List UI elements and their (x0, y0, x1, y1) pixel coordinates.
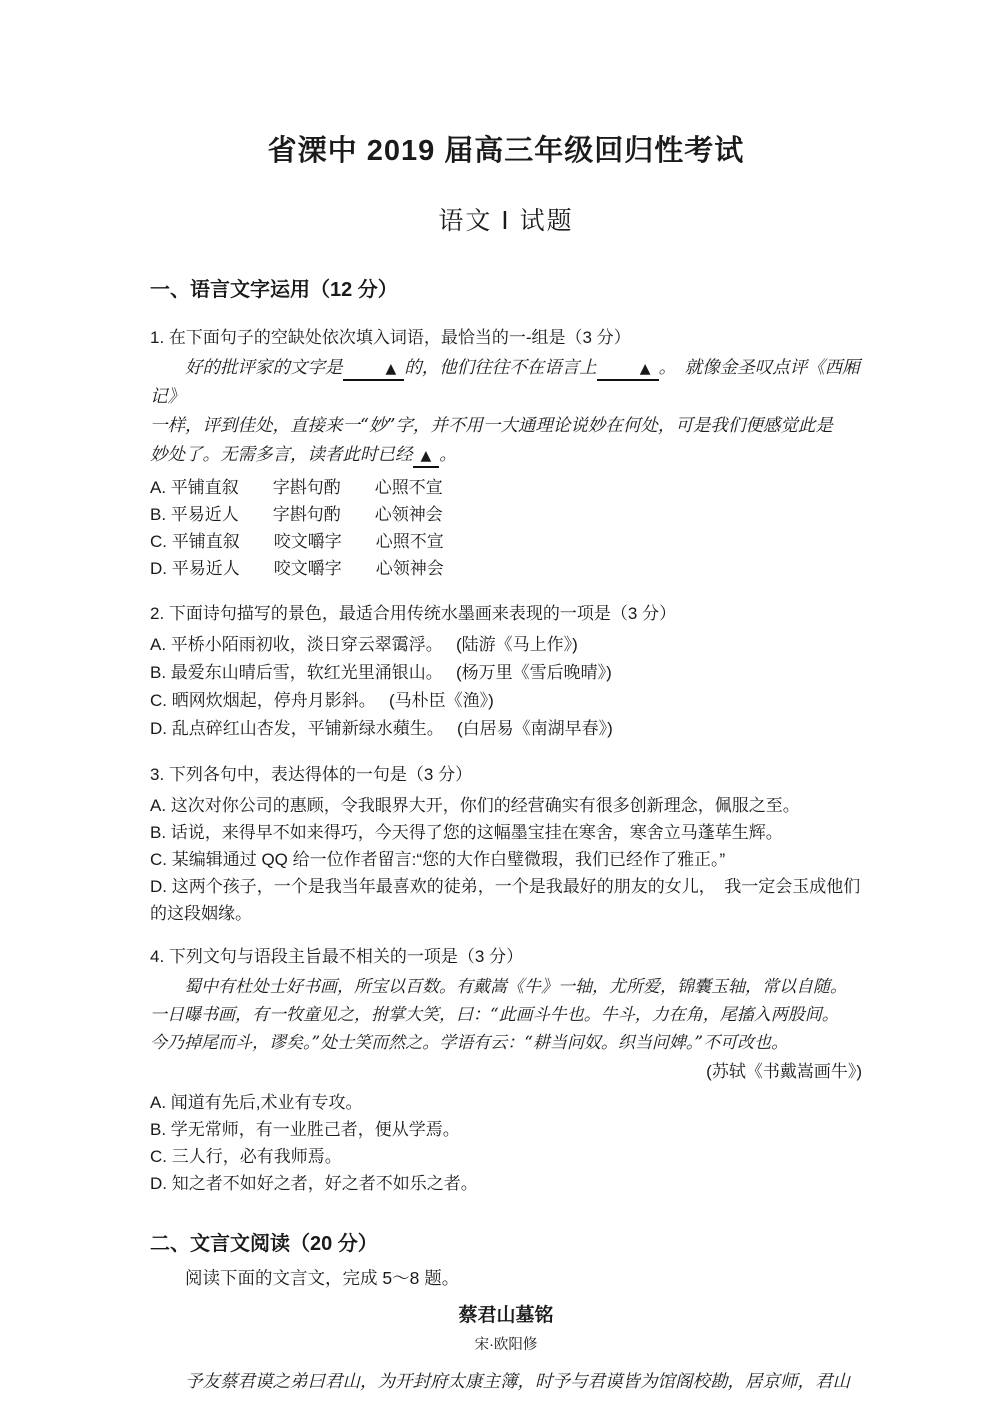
q4-passage-line-3: 今乃掉尾而斗，谬矣。”处士笑而然之。学语有云：“耕当问奴。织当问婢。”不可改也。 (150, 1029, 862, 1057)
question-4-stem: 4. 下列文句与语段主旨最不相关的一项是（3 分） (150, 943, 862, 970)
q2-option-b: B. 最爱东山晴后雪，软红光里涌银山。 (杨万里《雪后晚晴》) (150, 659, 862, 687)
q2-option-d: D. 乱点碎红山杏发，平铺新绿水蘋生。 (白居易《南湖早春》) (150, 715, 862, 743)
q2-option-a: A. 平桥小陌雨初收，淡日穿云翠霭浮。 (陆游《马上作》) (150, 631, 862, 659)
page-subtitle: 语文 Ⅰ 试题 (150, 201, 862, 237)
q1-blank-3: ▲ (413, 446, 440, 468)
q3-option-b: B. 话说，来得早不如来得巧，今天得了您的这幅墨宝挂在寒舍，寒舍立马蓬荜生辉。 (150, 819, 862, 846)
question-1-passage: 好的批评家的文字是▲的，他们往往不在语言上▲。 就像金圣叹点评《西厢记》 一样，… (150, 354, 862, 470)
q1-text-e: 妙处了。无需多言，读者此时已经 (150, 445, 413, 465)
q1-text-a: 好的批评家的文字是 (185, 358, 343, 378)
q1-blank-1: ▲ (343, 359, 405, 381)
question-2-stem: 2. 下面诗句描写的景色，最适合用传统水墨画来表现的一项是（3 分） (150, 600, 862, 627)
q1-option-d: D. 平易近人 咬文嚼字 心领神会 (150, 555, 862, 582)
q1-option-a: A. 平铺直叙 字斟句酌 心照不宣 (150, 474, 862, 501)
page-title: 省溧中 2019 届高三年级回归性考试 (150, 128, 862, 169)
q3-option-c: C. 某编辑通过 QQ 给一位作者留言:“您的大作白璧微瑕，我们已经作了雅正。” (150, 846, 862, 873)
q4-option-d: D. 知之者不如好之者，好之者不如乐之者。 (150, 1170, 862, 1197)
section-2-intro: 阅读下面的文言文，完成 5～8 题。 (150, 1264, 862, 1292)
q3-option-d: D. 这两个孩子，一个是我当年最喜欢的徒弟，一个是我最好的朋友的女儿， 我一定会… (150, 873, 862, 927)
q1-text-f: 。 (439, 445, 457, 465)
q4-option-c: C. 三人行，必有我师焉。 (150, 1143, 862, 1170)
q4-passage-line-1: 蜀中有杜处士好书画，所宝以百数。有戴嵩《牛》一轴，尤所爱，锦囊玉轴，常以自随。 (150, 973, 862, 1001)
q4-option-a: A. 闻道有先后,术业有专攻。 (150, 1089, 862, 1116)
classical-text-author: 宋·欧阳修 (150, 1333, 862, 1354)
classical-text-body: 予友蔡君谟之弟曰君山，为开封府太康主簿，时予与君谟皆为馆阁校勘，居京师，君山 (150, 1368, 862, 1397)
q1-passage-line-1: 好的批评家的文字是▲的，他们往往不在语言上▲。 就像金圣叹点评《西厢记》 (150, 354, 862, 412)
q3-option-a: A. 这次对你公司的惠顾，令我眼界大开，你们的经营确实有很多创新理念，佩服之至。 (150, 792, 862, 819)
question-3-stem: 3. 下列各句中，表达得体的一句是（3 分） (150, 761, 862, 788)
q4-source-attribution: (苏轼《书戴嵩画牛》) (150, 1058, 862, 1085)
q4-passage-line-2: 一日曝书画，有一牧童见之，拊掌大笑，曰：“此画斗牛也。牛斗，力在角，尾搐入两股间… (150, 1001, 862, 1029)
question-4-passage: 蜀中有杜处士好书画，所宝以百数。有戴嵩《牛》一轴，尤所爱，锦囊玉轴，常以自随。 … (150, 973, 862, 1057)
q2-option-c: C. 晒网炊烟起，停舟月影斜。 (马朴臣《渔》) (150, 687, 862, 715)
q1-option-b: B. 平易近人 字斟句酌 心领神会 (150, 501, 862, 528)
exam-paper-page: 省溧中 2019 届高三年级回归性考试 语文 Ⅰ 试题 一、语言文字运用（12 … (0, 0, 1000, 1414)
q1-passage-line-3: 妙处了。无需多言，读者此时已经▲。 (150, 441, 862, 470)
q1-passage-line-2: 一样，评到佳处，直接来一“妙”字，并不用一大通理论说妙在何处，可是我们便感觉此是 (150, 412, 862, 441)
q1-blank-2: ▲ (597, 359, 659, 381)
page-content: 省溧中 2019 届高三年级回归性考试 语文 Ⅰ 试题 一、语言文字运用（12 … (150, 0, 862, 1397)
q1-option-c: C. 平铺直叙 咬文嚼字 心照不宣 (150, 528, 862, 555)
classical-text-title: 蔡君山墓铭 (150, 1300, 862, 1327)
question-1-stem: 1. 在下面句子的空缺处依次填入词语，最恰当的一-组是（3 分） (150, 324, 862, 351)
question-2-options: A. 平桥小陌雨初收，淡日穿云翠霭浮。 (陆游《马上作》) B. 最爱东山晴后雪… (150, 631, 862, 743)
question-4-options: A. 闻道有先后,术业有专攻。 B. 学无常师，有一业胜己者，便从学焉。 C. … (150, 1089, 862, 1197)
section-1-heading: 一、语言文字运用（12 分） (150, 273, 862, 302)
section-2-heading: 二、文言文阅读（20 分） (150, 1227, 862, 1256)
q1-text-b: 的，他们往往不在语言上 (404, 358, 597, 378)
question-3-options: A. 这次对你公司的惠顾，令我眼界大开，你们的经营确实有很多创新理念，佩服之至。… (150, 792, 862, 927)
question-1-options: A. 平铺直叙 字斟句酌 心照不宣 B. 平易近人 字斟句酌 心领神会 C. 平… (150, 474, 862, 582)
q4-option-b: B. 学无常师，有一业胜己者，便从学焉。 (150, 1116, 862, 1143)
